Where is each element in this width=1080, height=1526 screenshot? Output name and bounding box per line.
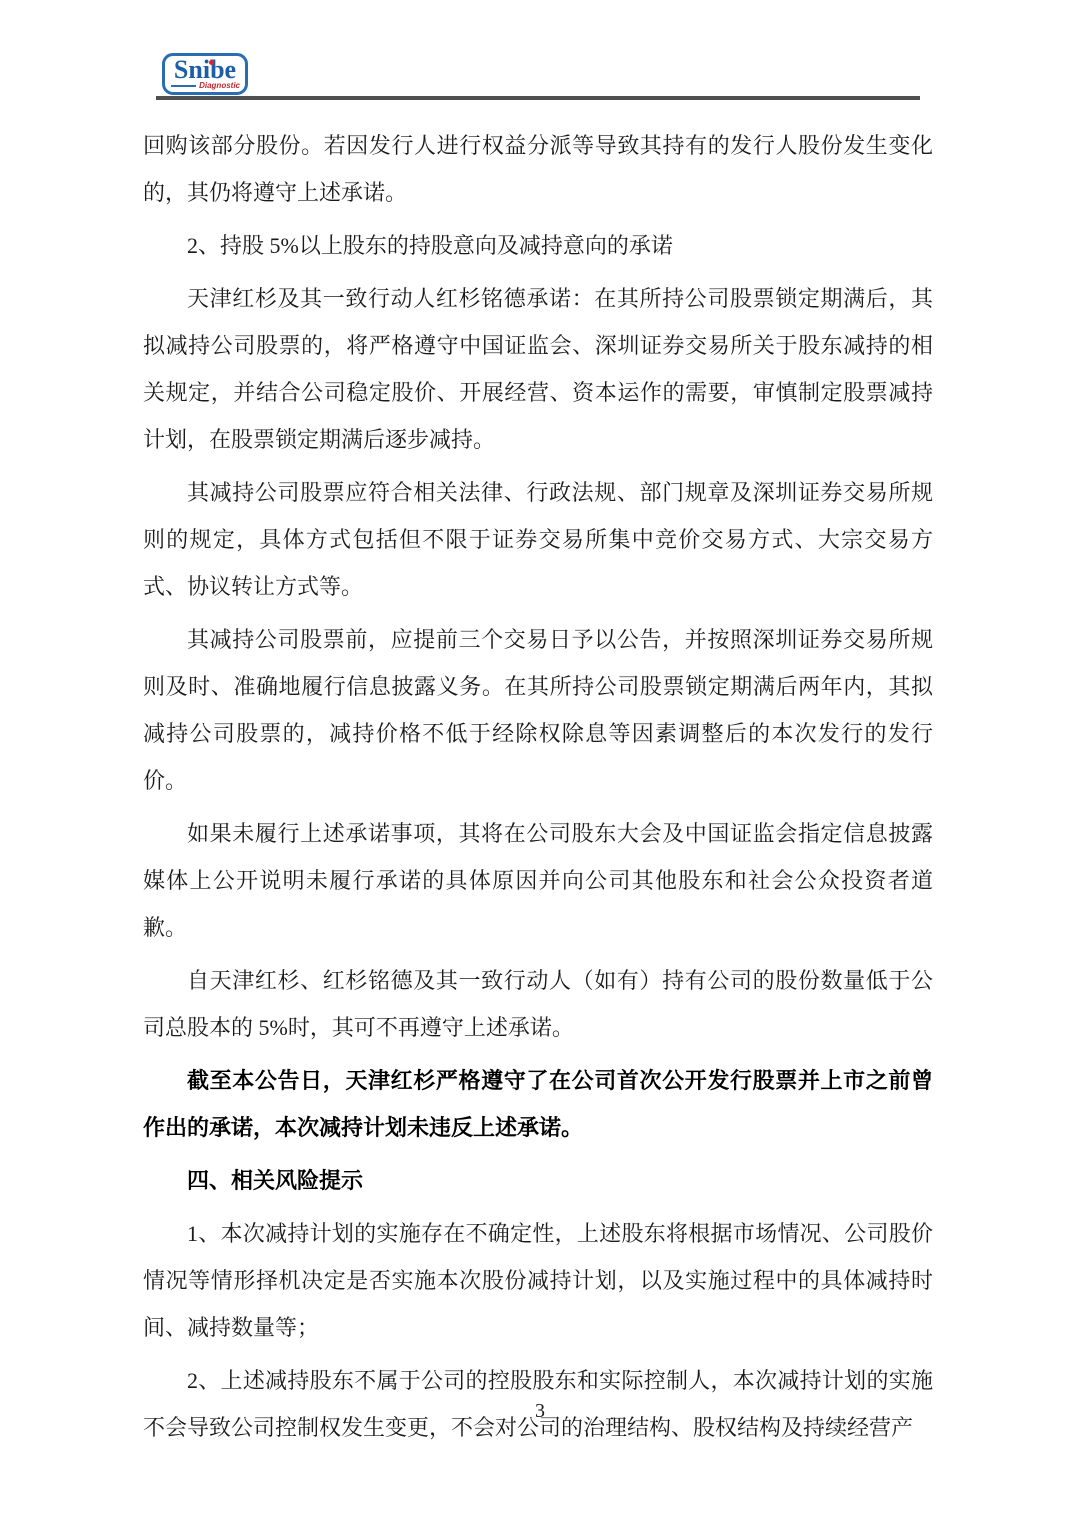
document-page: Snibe Diagnostic 回购该部分股份。若因发行人进行权益分派等导致其… <box>0 0 1080 1526</box>
paragraph-reduction-methods: 其减持公司股票应符合相关法律、行政法规、部门规章及深圳证券交易所规则的规定，具体… <box>143 469 933 610</box>
paragraph-commitment-tianjin-hongshan: 天津红杉及其一致行动人红杉铭德承诺：在其所持公司股票锁定期满后，其拟减持公司股票… <box>143 275 933 463</box>
paragraph-below-five-percent: 自天津红杉、红杉铭德及其一致行动人（如有）持有公司的股份数量低于公司总股本的 5… <box>143 957 933 1051</box>
paragraph-pre-announcement: 其减持公司股票前，应提前三个交易日予以公告，并按照深圳证券交易所规则及时、准确地… <box>143 616 933 804</box>
paragraph-compliance-statement: 截至本公告日，天津红杉严格遵守了在公司首次公开发行股票并上市之前曾作出的承诺，本… <box>143 1057 933 1151</box>
logo-swoosh-line <box>171 85 196 87</box>
logo-red-dot-icon <box>209 60 214 65</box>
header-divider <box>156 96 920 100</box>
paragraph-risk-item-1: 1、本次减持计划的实施存在不确定性，上述股东将根据市场情况、公司股价情况等情形择… <box>143 1210 933 1351</box>
document-body: 回购该部分股份。若因发行人进行权益分派等导致其持有的发行人股份发生变化的，其仍将… <box>143 122 933 1457</box>
paragraph-non-fulfillment-apology: 如果未履行上述承诺事项，其将在公司股东大会及中国证监会指定信息披露媒体上公开说明… <box>143 810 933 951</box>
snibe-logo: Snibe Diagnostic <box>162 53 248 95</box>
subsection-heading-holding-intent: 2、持股 5%以上股东的持股意向及减持意向的承诺 <box>143 222 933 269</box>
section-heading-risk-notice: 四、相关风险提示 <box>143 1157 933 1204</box>
page-number: 3 <box>0 1400 1080 1423</box>
logo-subtext: Diagnostic <box>199 81 240 90</box>
paragraph-continuation: 回购该部分股份。若因发行人进行权益分派等导致其持有的发行人股份发生变化的，其仍将… <box>143 122 933 216</box>
